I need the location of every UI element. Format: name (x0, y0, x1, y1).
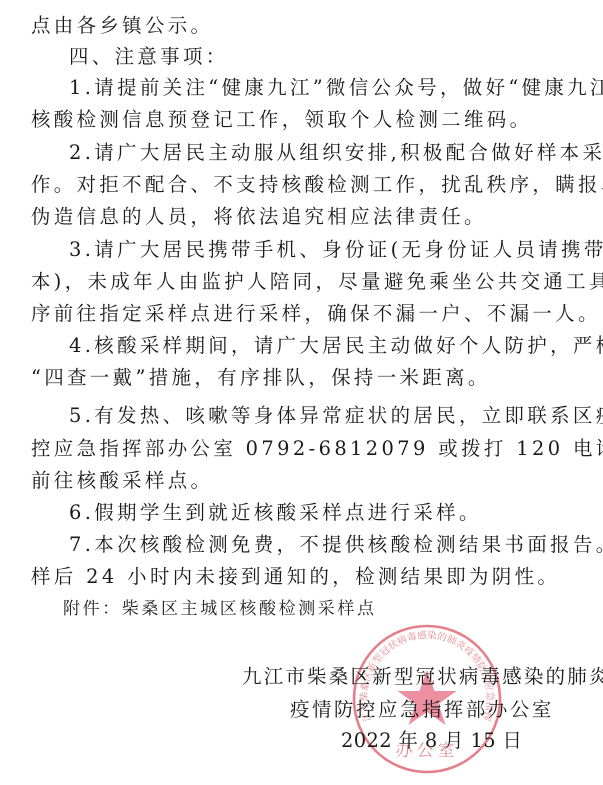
notice-item-3-line: 序前往指定采样点进行采样，确保不漏一户、不漏一人。 (31, 302, 583, 326)
notice-item-7-line: 样后 24 小时内未接到通知的，检测结果即为阴性。 (31, 565, 583, 589)
body-line: 点由各乡镇公示。 (31, 14, 583, 38)
notice-item-1-line: 核酸检测信息预登记工作，领取个人检测二维码。 (31, 108, 583, 132)
signature-org-line-1: 九江市柴桑区新型冠状病毒感染的肺炎 (242, 665, 603, 689)
signature-date: 2022 年 8 月 15 日 (341, 729, 522, 753)
notice-item-4-line: “四查一戴”措施，有序排队，保持一米距离。 (31, 366, 583, 390)
notice-item-2-line: 2.请广大居民主动服从组织安排,积极配合做好样本采集工 (69, 141, 583, 165)
notice-item-7-line: 7.本次核酸检测免费，不提供核酸检测结果书面报告。凡采 (69, 533, 583, 557)
notice-item-3-line: 本)，未成年人由监护人陪同，尽量避免乘坐公共交通工具，有 (31, 270, 583, 294)
notice-item-4-line: 4.核酸采样期间，请广大居民主动做好个人防护，严格执行 (69, 334, 583, 358)
section-heading: 四、注意事项： (69, 45, 583, 69)
notice-item-5-line: 5.有发热、咳嗽等身体异常症状的居民，立即联系区疫情防 (69, 404, 583, 428)
notice-item-2-line: 作。对拒不配合、不支持核酸检测工作，扰乱秩序，瞒报、谎报、 (31, 173, 583, 197)
notice-item-3-line: 3.请广大居民携带手机、身份证(无身份证人员请携带户口 (69, 238, 583, 262)
notice-item-2-line: 伪造信息的人员，将依法追究相应法律责任。 (31, 205, 583, 229)
attachment-note: 附件：柴桑区主城区核酸检测采样点 (63, 598, 377, 620)
notice-item-5-line: 前往核酸采样点。 (31, 469, 583, 493)
notice-item-5-line: 控应急指挥部办公室 0792-6812079 或拨打 120 电话，不要自行 (31, 437, 583, 461)
notice-item-1-line: 1.请提前关注“健康九江”微信公众号，做好“健康九江” (69, 76, 583, 100)
notice-item-6-line: 6.假期学生到就近核酸采样点进行采样。 (69, 501, 583, 525)
document-page: 点由各乡镇公示。 四、注意事项： 1.请提前关注“健康九江”微信公众号，做好“健… (0, 0, 603, 785)
signature-org-line-2: 疫情防控应急指挥部办公室 (290, 698, 554, 722)
